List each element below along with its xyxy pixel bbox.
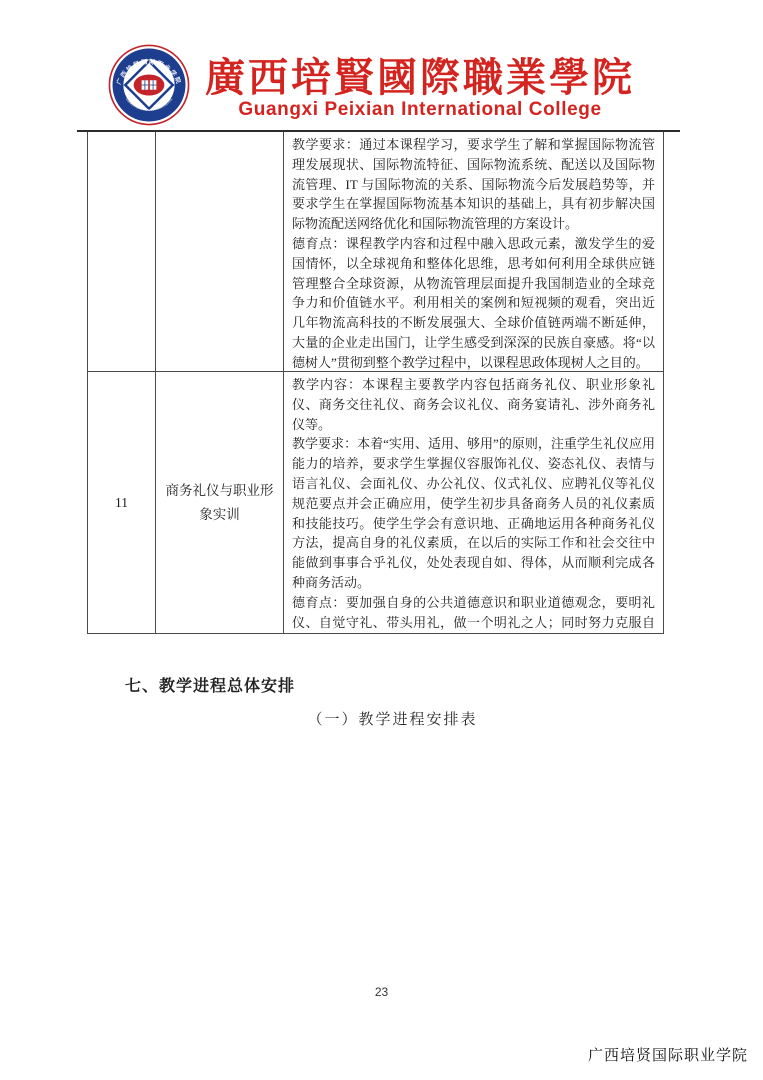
college-name-chinese: 廣西培賢國際職業學院 — [196, 46, 644, 103]
moral-education-paragraph: 德育点：课程教学内容和过程中融入思政元素，激发学生的爱国情怀，以全球视角和整体化… — [292, 234, 655, 371]
section-subheading: （一）教学进程安排表 — [11, 708, 763, 729]
teaching-requirements-paragraph: 教学要求：通过本课程学习，要求学生了解和掌握国际物流管理发展现状、国际物流特征、… — [292, 135, 655, 234]
section-heading: 七、教学进程总体安排 — [125, 673, 295, 696]
table-row-11: 11 商务礼仪与职业形象实训 教学内容：本课程主要教学内容包括商务礼仪、职业形象… — [88, 371, 663, 633]
teaching-content-paragraph: 教学内容：本课程主要教学内容包括商务礼仪、职业形象礼仪、商务交往礼仪、商务会议礼… — [292, 375, 655, 434]
cell-course-name: 商务礼仪与职业形象实训 — [156, 372, 284, 633]
cell-course-no: 11 — [88, 372, 156, 633]
footer-watermark: 广西培贤国际职业学院 — [588, 1044, 748, 1065]
page-number: 23 — [0, 985, 763, 999]
moral-education-paragraph: 德育点：要加强自身的公共道德意识和职业道德观念，要明礼仪、自觉守礼、带头用礼，做… — [292, 593, 655, 633]
cell-course-no — [88, 132, 156, 371]
teaching-requirements-paragraph: 教学要求：本着“实用、适用、够用”的原则，注重学生礼仪应用能力的培养，要求学生掌… — [292, 434, 655, 592]
cell-course-description: 教学内容：本课程主要教学内容包括商务礼仪、职业形象礼仪、商务交往礼仪、商务会议礼… — [284, 372, 663, 633]
cell-course-name — [156, 132, 284, 371]
college-name-english: Guangxi Peixian International College — [196, 99, 644, 121]
document-page: 广西培贤国际职业学院 GUANGXI PEIXIAN INTERNATIONAL… — [0, 0, 763, 1080]
college-seal-icon: 广西培贤国际职业学院 GUANGXI PEIXIAN INTERNATIONAL… — [108, 44, 190, 126]
table-row-continued: 教学要求：通过本课程学习，要求学生了解和掌握国际物流管理发展现状、国际物流特征、… — [88, 132, 663, 371]
cell-course-description: 教学要求：通过本课程学习，要求学生了解和掌握国际物流管理发展现状、国际物流特征、… — [284, 132, 663, 371]
course-table: 教学要求：通过本课程学习，要求学生了解和掌握国际物流管理发展现状、国际物流特征、… — [87, 132, 664, 634]
